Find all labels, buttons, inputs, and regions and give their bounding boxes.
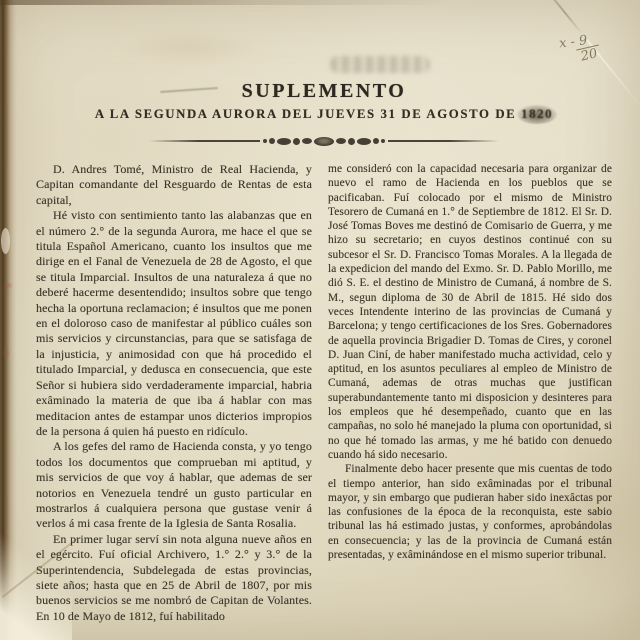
page-edge-left bbox=[0, 0, 17, 640]
printed-content: SUPLEMENTO A LA SEGUNDA AURORA DEL JUEVE… bbox=[36, 0, 612, 632]
paragraph-salutation: D. Andres Tomé, Ministro de Real Haciend… bbox=[36, 162, 312, 208]
document-page: x - 9 20 SUPLEMENTO A LA SEGUNDA AURORA … bbox=[0, 0, 640, 640]
paragraph-continuation: me consideró con la capacidad necesaria … bbox=[328, 162, 612, 462]
ornament-beads bbox=[263, 137, 385, 146]
subtitle: A LA SEGUNDA AURORA DEL JUEVES 31 DE AGO… bbox=[36, 107, 612, 122]
ornament-divider bbox=[149, 135, 499, 147]
page-title: SUPLEMENTO bbox=[36, 80, 612, 103]
ornament-rule-left bbox=[149, 140, 260, 142]
foxing-spot bbox=[4, 282, 13, 289]
left-column: D. Andres Tomé, Ministro de Real Haciend… bbox=[36, 162, 312, 632]
paragraph: A los gefes del ramo de Hacienda consta,… bbox=[36, 439, 312, 531]
subtitle-text: A LA SEGUNDA AURORA DEL JUEVES 31 DE AGO… bbox=[95, 107, 516, 121]
ornament-rule-right bbox=[388, 140, 499, 142]
right-column: me consideró con la capacidad necesaria … bbox=[328, 162, 612, 632]
foxing-spot bbox=[2, 348, 10, 358]
text-columns: D. Andres Tomé, Ministro de Real Haciend… bbox=[36, 162, 612, 632]
paragraph: En primer lugar serví sin nota alguna nu… bbox=[36, 532, 312, 624]
paragraph: Finalmente debo hacer presente que mis c… bbox=[328, 462, 612, 562]
smudged-year: 1820 bbox=[521, 107, 553, 122]
paragraph: Hé visto con sentimiento tanto las alaba… bbox=[36, 208, 312, 439]
